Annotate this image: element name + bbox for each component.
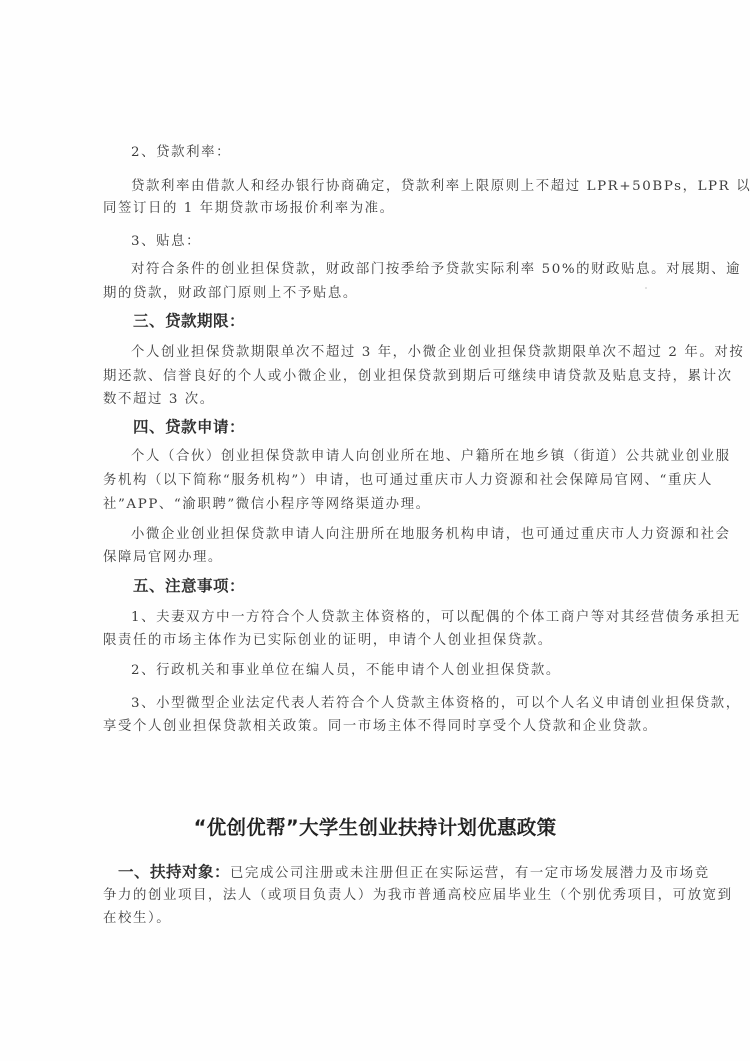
paragraph-line: 保障局官网办理。 — [103, 548, 659, 568]
paragraph-line: 争力的创业项目，法人（或项目负责人）为我市普通高校应届毕业生（个别优秀项目，可放… — [103, 886, 659, 906]
paragraph-line: 同签订日的 1 年期贷款市场报价利率为准。 — [103, 199, 659, 219]
paragraph-line: 3、小型微型企业法定代表人若符合个人贷款主体资格的，可以个人名义申请创业担保贷款… — [131, 694, 659, 714]
policy-title: “优创优帮”大学生创业扶持计划优惠政策 — [0, 815, 750, 841]
paragraph-line: 享受个人创业担保贷款相关政策。同一市场主体不得同时享受个人贷款和企业贷款。 — [103, 717, 659, 737]
paragraph-line: 期还款、信誉良好的个人或小微企业，创业担保贷款到期后可继续申请贷款及贴息支持，累… — [103, 367, 659, 387]
paragraph-line: 期的贷款，财政部门原则上不予贴息。 — [103, 284, 659, 304]
item-label-loan-rate: 2、贷款利率： — [131, 143, 659, 163]
paragraph-line: 2、行政机关和事业单位在编人员，不能申请个人创业担保贷款。 — [131, 661, 659, 681]
paragraph-line: 个人（合伙）创业担保贷款申请人向创业所在地、户籍所在地乡镇（街道）公共就业创业服 — [131, 447, 659, 467]
item-label-interest-subsidy: 3、贴息： — [131, 232, 659, 252]
scan-speck — [645, 287, 647, 289]
paragraph-text: 已完成公司注册或未注册但正在实际运营，有一定市场发展潜力及市场竞 — [230, 866, 710, 881]
paragraph-line: 小微企业创业担保贷款申请人向注册所在地服务机构申请，也可通过重庆市人力资源和社会 — [131, 525, 659, 545]
paragraph-line: 对符合条件的创业担保贷款，财政部门按季给予贷款实际利率 50%的财政贴息。对展期… — [131, 260, 659, 280]
section-heading-support-target: 一、扶持对象： — [118, 863, 230, 881]
paragraph-line: 1、夫妻双方中一方符合个人贷款主体资格的，可以配偶的个体工商户等对其经营债务承担… — [131, 608, 659, 628]
paragraph-line-lead: 一、扶持对象：已完成公司注册或未注册但正在实际运营，有一定市场发展潜力及市场竞 — [118, 862, 659, 884]
paragraph-line: 个人创业担保贷款期限单次不超过 3 年，小微企业创业担保贷款期限单次不超过 2 … — [131, 343, 659, 363]
document-page: 2、贷款利率： 贷款利率由借款人和经办银行协商确定，贷款利率上限原则上不超过 L… — [0, 0, 750, 1061]
paragraph-line: 贷款利率由借款人和经办银行协商确定，贷款利率上限原则上不超过 LPR+50BPs… — [131, 177, 659, 197]
section-heading-loan-term: 三、贷款期限： — [133, 310, 245, 332]
section-heading-notes: 五、注意事项： — [133, 575, 245, 597]
paragraph-line: 限责任的市场主体作为已实际创业的证明，申请个人创业担保贷款。 — [103, 631, 659, 651]
paragraph-line: 数不超过 3 次。 — [103, 390, 659, 410]
paragraph-line: 社”APP、“渝职聘”微信小程序等网络渠道办理。 — [103, 495, 659, 515]
paragraph-line: 在校生）。 — [103, 909, 659, 929]
paragraph-line: 务机构（以下简称“服务机构”）申请，也可通过重庆市人力资源和社会保障局官网、“重… — [103, 471, 659, 491]
section-heading-loan-application: 四、贷款申请： — [133, 416, 245, 438]
